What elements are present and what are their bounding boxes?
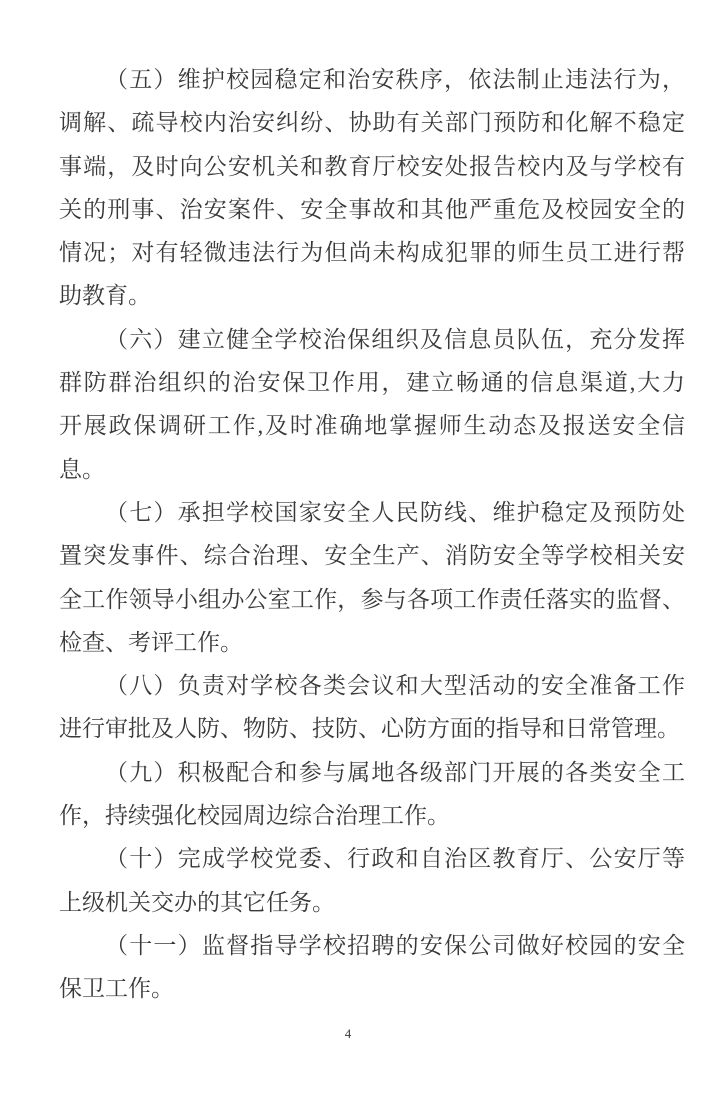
text-line: 开展政保调研工作,及时准确地掌握师生动态及报送安全信 bbox=[59, 404, 685, 447]
text-line: 全工作领导小组办公室工作，参与各项工作责任落实的监督、 bbox=[59, 578, 685, 621]
paragraph: （九）积极配合和参与属地各级部门开展的各类安全工作，持续强化校园周边综合治理工作… bbox=[59, 751, 685, 838]
text-line: 关的刑事、治安案件、安全事故和其他严重危及校园安全的 bbox=[59, 188, 685, 231]
document-body: （五）维护校园稳定和治安秩序，依法制止违法行为，调解、疏导校内治安纠纷、协助有关… bbox=[59, 58, 685, 1011]
text-line: （七）承担学校国家安全人民防线、维护稳定及预防处 bbox=[59, 491, 685, 534]
text-line: （八）负责对学校各类会议和大型活动的安全准备工作 bbox=[59, 664, 685, 707]
text-line: 息。 bbox=[59, 448, 685, 491]
text-line: 检查、考评工作。 bbox=[59, 621, 685, 664]
text-line: 上级机关交办的其它任务。 bbox=[59, 881, 685, 924]
text-line: （六）建立健全学校治保组织及信息员队伍，充分发挥 bbox=[59, 318, 685, 361]
text-line: 进行审批及人防、物防、技防、心防方面的指导和日常管理。 bbox=[59, 707, 685, 750]
paragraph: （八）负责对学校各类会议和大型活动的安全准备工作进行审批及人防、物防、技防、心防… bbox=[59, 664, 685, 751]
text-line: （五）维护校园稳定和治安秩序，依法制止违法行为， bbox=[59, 58, 685, 101]
text-line: 保卫工作。 bbox=[59, 967, 685, 1010]
text-line: 调解、疏导校内治安纠纷、协助有关部门预防和化解不稳定 bbox=[59, 101, 685, 144]
page-number: 4 bbox=[0, 1026, 696, 1042]
paragraph: （六）建立健全学校治保组织及信息员队伍，充分发挥群防群治组织的治安保卫作用，建立… bbox=[59, 318, 685, 491]
paragraph: （五）维护校园稳定和治安秩序，依法制止违法行为，调解、疏导校内治安纠纷、协助有关… bbox=[59, 58, 685, 318]
document-page: （五）维护校园稳定和治安秩序，依法制止违法行为，调解、疏导校内治安纠纷、协助有关… bbox=[0, 0, 706, 1101]
text-line: 情况；对有轻微违法行为但尚未构成犯罪的师生员工进行帮 bbox=[59, 231, 685, 274]
text-line: 置突发事件、综合治理、安全生产、消防安全等学校相关安 bbox=[59, 534, 685, 577]
paragraph: （十）完成学校党委、行政和自治区教育厅、公安厅等上级机关交办的其它任务。 bbox=[59, 837, 685, 924]
paragraph: （七）承担学校国家安全人民防线、维护稳定及预防处置突发事件、综合治理、安全生产、… bbox=[59, 491, 685, 664]
text-line: （十一）监督指导学校招聘的安保公司做好校园的安全 bbox=[59, 924, 685, 967]
paragraph: （十一）监督指导学校招聘的安保公司做好校园的安全保卫工作。 bbox=[59, 924, 685, 1011]
text-line: 群防群治组织的治安保卫作用，建立畅通的信息渠道,大力 bbox=[59, 361, 685, 404]
text-line: （九）积极配合和参与属地各级部门开展的各类安全工 bbox=[59, 751, 685, 794]
text-line: 作，持续强化校园周边综合治理工作。 bbox=[59, 794, 685, 837]
text-line: （十）完成学校党委、行政和自治区教育厅、公安厅等 bbox=[59, 837, 685, 880]
text-line: 事端，及时向公安机关和教育厅校安处报告校内及与学校有 bbox=[59, 145, 685, 188]
text-line: 助教育。 bbox=[59, 274, 685, 317]
